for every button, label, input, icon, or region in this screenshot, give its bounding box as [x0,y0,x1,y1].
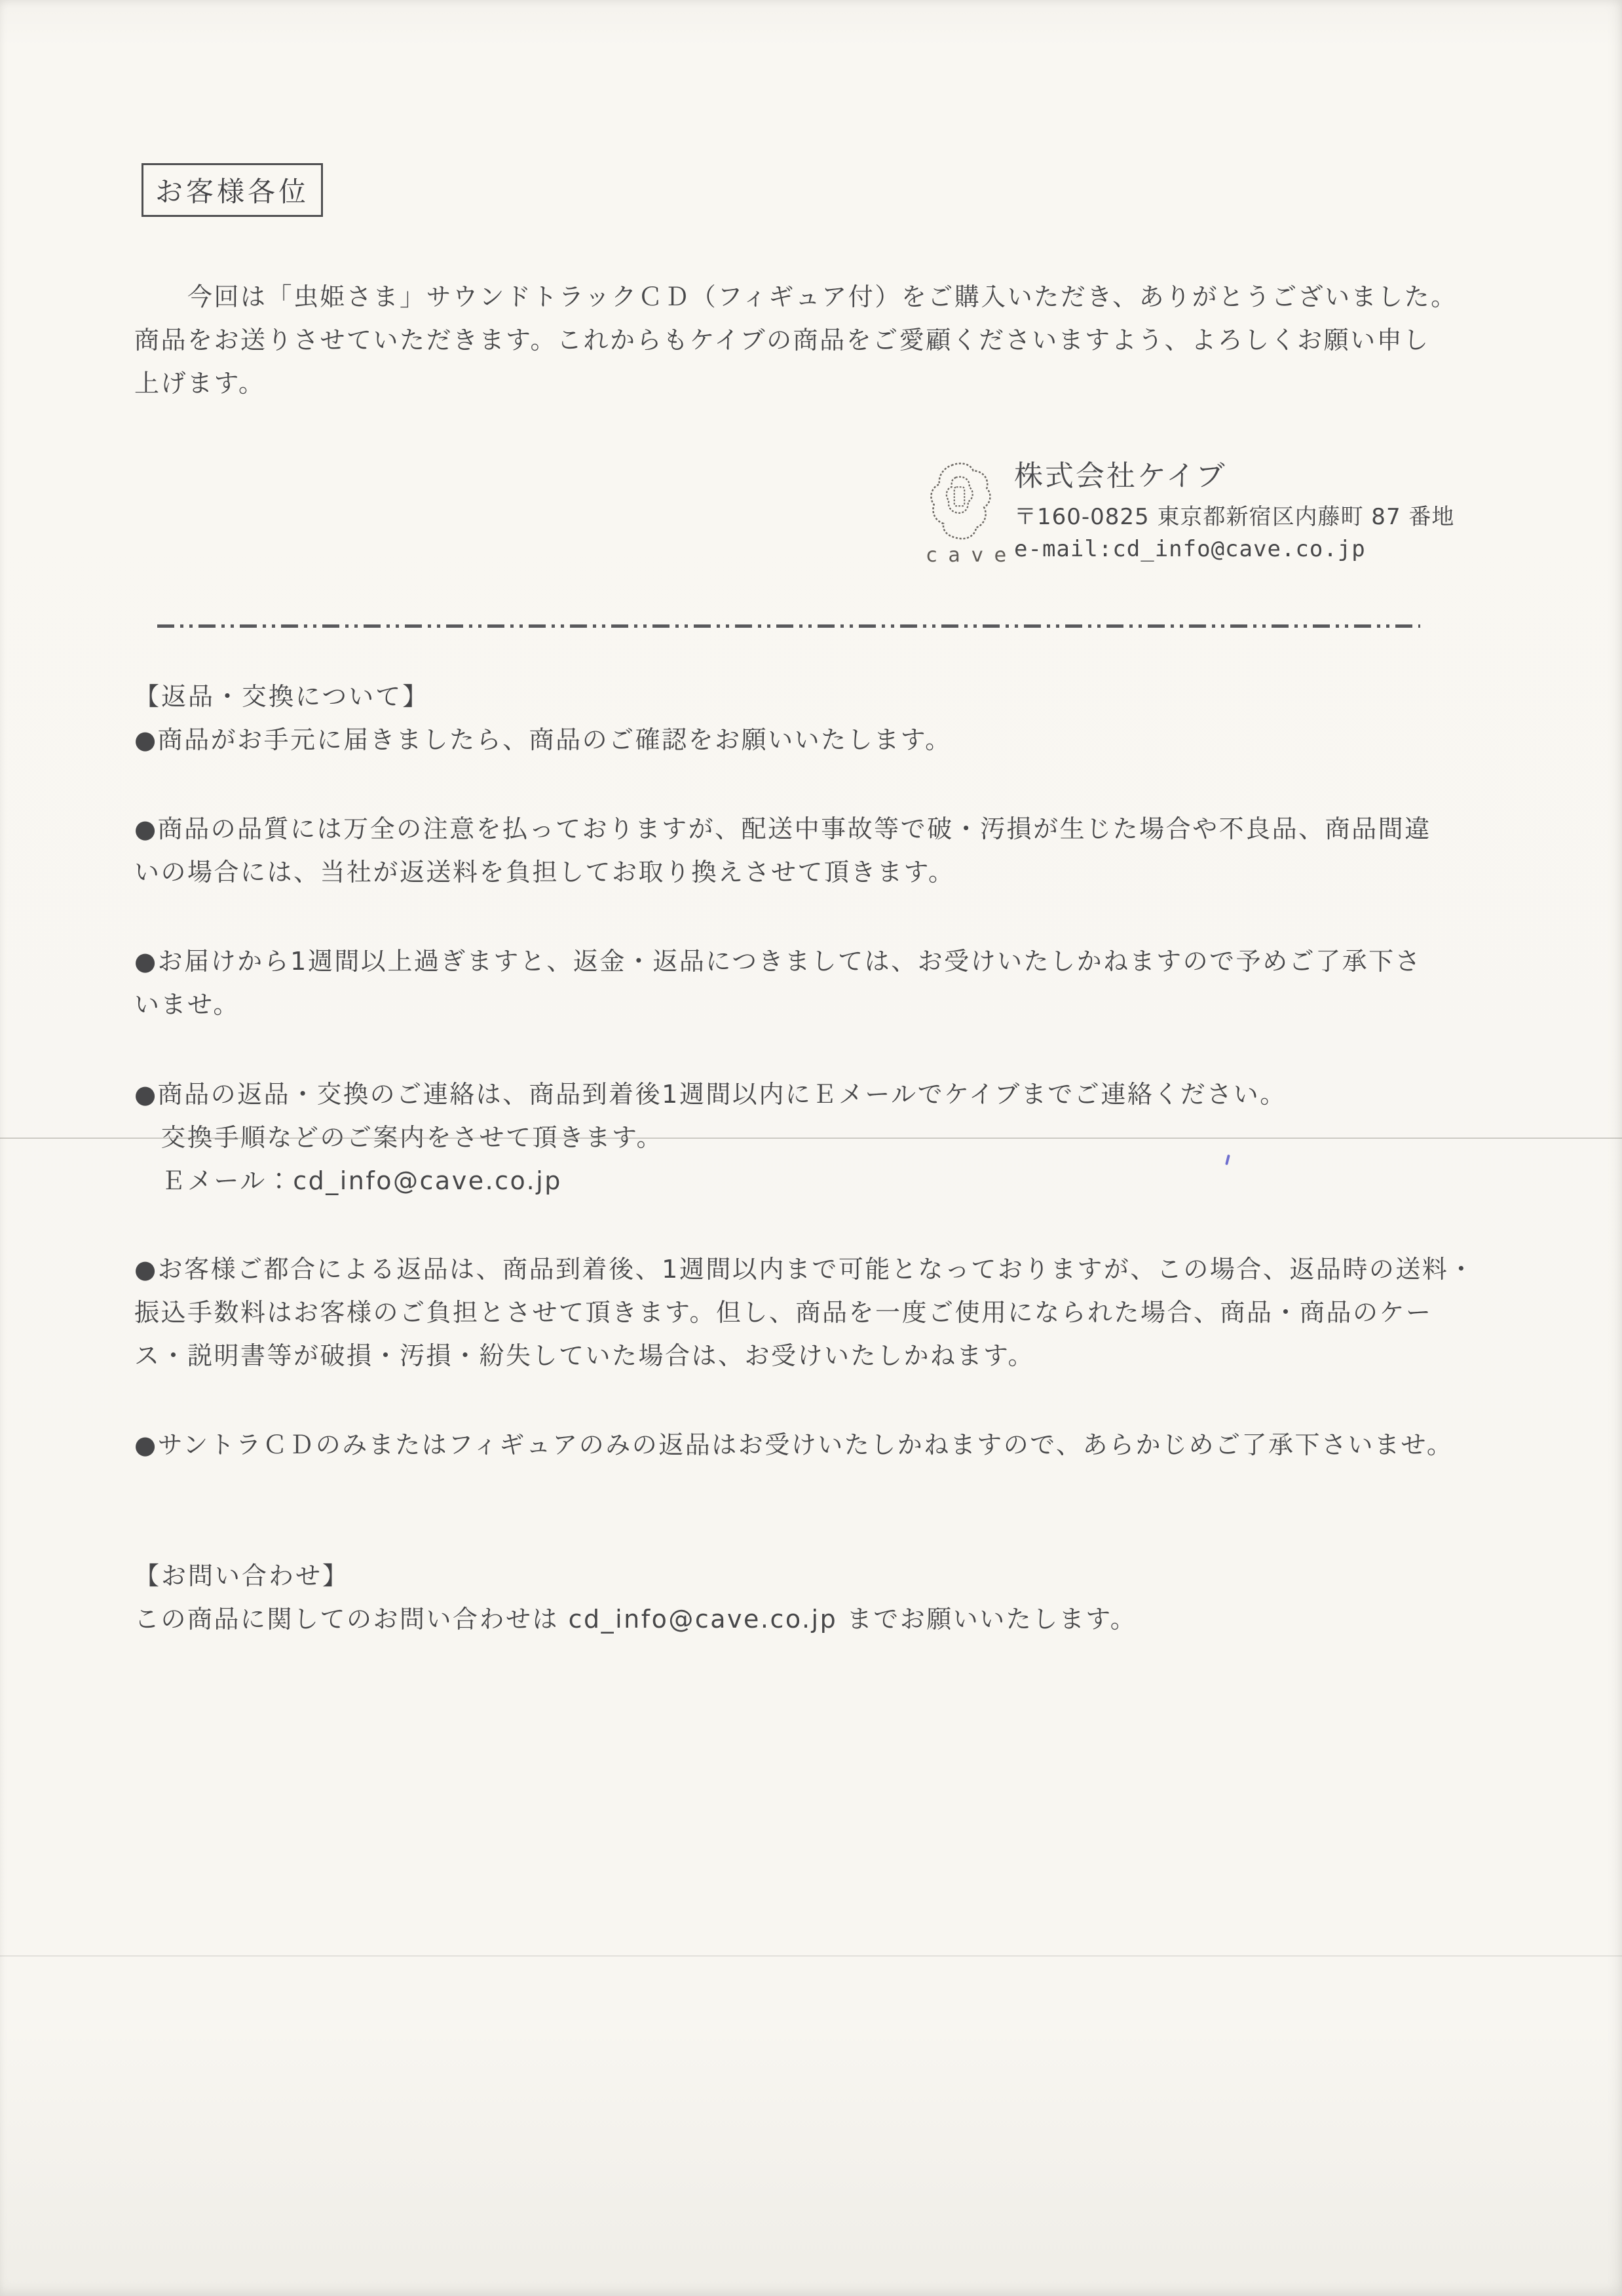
bullet-paragraph: ●商品の品質には万全の注意を払っておりますが、配送中事故等で破・汚損が生じた場合… [134,807,1431,894]
bullet-line: ●商品がお手元に届きましたら、商品のご確認をお願いいたします。 [134,718,952,761]
bullet-line: Ｅメール：cd_info@cave.co.jp [134,1159,1287,1202]
intro-line: 今回は「虫姫さま」サウンドトラックＣＤ（フィギュア付）をご購入いただき、ありがと… [134,275,1458,318]
inquiry-line: この商品に関してのお問い合わせは cd_info@cave.co.jp までお願… [134,1598,1137,1641]
paper-fold-crease [0,1138,1622,1139]
bullet-line: ス・説明書等が破損・汚損・紛失していた場合は、お受けいたしかねます。 [134,1334,1475,1377]
bullet-line: ●お届けから1週間以上過ぎますと、返金・返品につきましては、お受けいたしかねます… [134,940,1422,983]
bullet-line: ●お客様ご都合による返品は、商品到着後、1週間以内まで可能となっておりますが、こ… [134,1248,1475,1291]
company-email: e-mail:cd_info@cave.co.jp [1014,533,1454,565]
bullet-line: ●サントラＣＤのみまたはフィギュアのみの返品はお受けいたしかねますので、あらかじ… [134,1423,1453,1466]
bullet-line: ●商品の返品・交換のご連絡は、商品到着後1週間以内にＥメールでケイブまでご連絡く… [134,1073,1287,1116]
bullet-line: いの場合には、当社が返送料を負担してお取り換えさせて頂きます。 [134,851,1431,894]
scanned-letter-page: お客様各位 今回は「虫姫さま」サウンドトラックＣＤ（フィギュア付）をご購入いただ… [0,0,1622,2296]
bullet-paragraph: ●お届けから1週間以上過ぎますと、返金・返品につきましては、お受けいたしかねます… [134,940,1422,1026]
inquiry-paragraph: この商品に関してのお問い合わせは cd_info@cave.co.jp までお願… [134,1598,1137,1641]
bullet-paragraph: ●お客様ご都合による返品は、商品到着後、1週間以内まで可能となっておりますが、こ… [134,1248,1475,1377]
company-address: 〒160-0825 東京都新宿区内藤町 87 番地 [1014,501,1454,533]
company-info: 株式会社ケイブ 〒160-0825 東京都新宿区内藤町 87 番地 e-mail… [1014,457,1454,565]
inquiry-section-heading: 【お問い合わせ】 [134,1554,349,1598]
bullet-line: 振込手数料はお客様のご負担とさせて頂きます。但し、商品を一度ご使用になられた場合… [134,1291,1475,1334]
bullet-line: ●商品の品質には万全の注意を払っておりますが、配送中事故等で破・汚損が生じた場合… [134,807,1431,851]
company-signature-block: cave 株式会社ケイブ 〒160-0825 東京都新宿区内藤町 87 番地 e… [917,457,1507,575]
intro-paragraph: 今回は「虫姫さま」サウンドトラックＣＤ（フィギュア付）をご購入いただき、ありがと… [134,275,1458,405]
company-name: 株式会社ケイブ [1014,457,1454,495]
recipient-salutation-text: お客様各位 [155,176,309,208]
intro-line: 商品をお送りさせていただきます。これからもケイブの商品をご愛顧くださいますよう、… [134,318,1458,362]
intro-line: 上げます。 [134,362,1458,405]
bullet-paragraph: ●サントラＣＤのみまたはフィギュアのみの返品はお受けいたしかねますので、あらかじ… [134,1423,1453,1466]
cave-logo-wordmark: cave [917,544,1002,567]
bullet-paragraph: ●商品がお手元に届きましたら、商品のご確認をお願いいたします。 [134,718,952,761]
dash-dot-divider [157,624,1420,628]
paper-fold-crease [0,1955,1622,1957]
recipient-salutation: お客様各位 [141,163,323,217]
cave-logo: cave [917,461,1002,567]
bullet-line: いませ。 [134,983,1422,1026]
cave-logo-icon [926,461,994,543]
returns-section-heading: 【返品・交換について】 [134,675,429,718]
